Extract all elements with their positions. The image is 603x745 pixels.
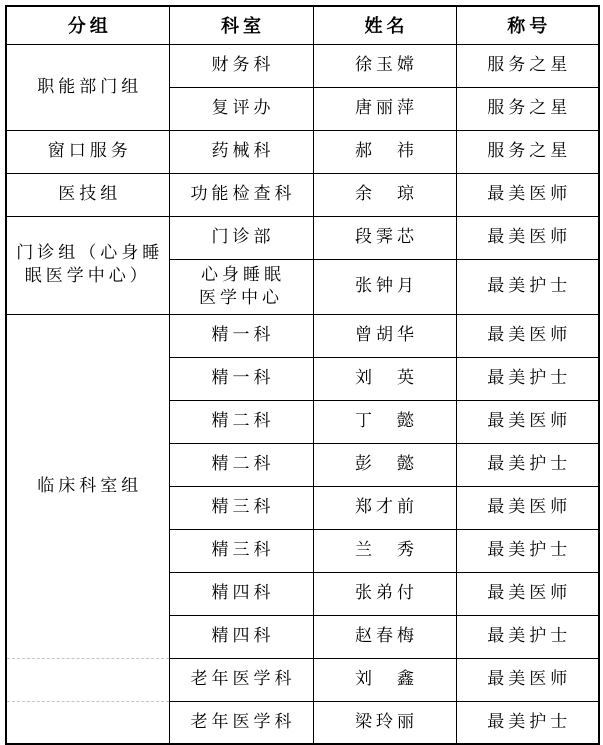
dept-cell: 精二科	[169, 443, 313, 486]
name-cell: 梁玲丽	[313, 701, 456, 744]
table-row: 医技组 功能检查科 余 琼 最美医师	[6, 173, 599, 216]
name-cell: 郑才前	[313, 486, 456, 529]
title-cell: 最美医师	[456, 314, 599, 357]
awards-table: 分组 科室 姓名 称号 职能部门组 财务科 徐玉嫦 服务之星 复评办 唐丽萍 服…	[5, 5, 600, 745]
dept-cell: 药械科	[169, 130, 313, 173]
name-cell: 丁 懿	[313, 400, 456, 443]
dept-cell: 精三科	[169, 529, 313, 572]
header-name: 姓名	[313, 6, 456, 44]
title-cell: 最美医师	[456, 658, 599, 701]
table-row: 窗口服务 药械科 郝 祎 服务之星	[6, 130, 599, 173]
dept-cell: 精四科	[169, 615, 313, 658]
title-cell: 最美医师	[456, 572, 599, 615]
name-cell: 郝 祎	[313, 130, 456, 173]
title-cell: 最美护士	[456, 357, 599, 400]
group-cell: 职能部门组	[6, 44, 169, 130]
dept-cell: 心身睡眠 医学中心	[169, 259, 313, 314]
name-cell: 张弟付	[313, 572, 456, 615]
dept-cell: 精一科	[169, 357, 313, 400]
table-row: 老年医学科 刘 鑫 最美医师	[6, 658, 599, 701]
title-cell: 服务之星	[456, 130, 599, 173]
header-dept: 科室	[169, 6, 313, 44]
name-cell: 兰 秀	[313, 529, 456, 572]
header-row: 分组 科室 姓名 称号	[6, 6, 599, 44]
name-cell: 徐玉嫦	[313, 44, 456, 87]
dept-cell: 老年医学科	[169, 658, 313, 701]
group-cell: 医技组	[6, 173, 169, 216]
name-cell: 张钟月	[313, 259, 456, 314]
document-sheet: 分组 科室 姓名 称号 职能部门组 财务科 徐玉嫦 服务之星 复评办 唐丽萍 服…	[5, 5, 600, 745]
title-cell: 服务之星	[456, 44, 599, 87]
title-cell: 最美护士	[456, 701, 599, 744]
title-cell: 最美护士	[456, 529, 599, 572]
name-cell: 曾胡华	[313, 314, 456, 357]
title-cell: 最美医师	[456, 173, 599, 216]
title-cell: 最美医师	[456, 486, 599, 529]
dept-cell: 老年医学科	[169, 701, 313, 744]
dept-cell: 复评办	[169, 87, 313, 130]
table-row: 门诊组（心身睡 眠医学中心） 门诊部 段霁芯 最美医师	[6, 216, 599, 259]
dept-cell: 精二科	[169, 400, 313, 443]
header-group: 分组	[6, 6, 169, 44]
name-cell: 段霁芯	[313, 216, 456, 259]
name-cell: 唐丽萍	[313, 87, 456, 130]
dept-cell: 精一科	[169, 314, 313, 357]
dept-cell: 财务科	[169, 44, 313, 87]
table-row: 临床科室组 精一科 曾胡华 最美医师	[6, 314, 599, 357]
group-cell: 门诊组（心身睡 眠医学中心）	[6, 216, 169, 314]
name-cell: 刘 鑫	[313, 658, 456, 701]
table-row: 职能部门组 财务科 徐玉嫦 服务之星	[6, 44, 599, 87]
dept-cell: 精三科	[169, 486, 313, 529]
dept-cell: 功能检查科	[169, 173, 313, 216]
group-cell: 窗口服务	[6, 130, 169, 173]
group-cell-empty	[6, 701, 169, 744]
name-cell: 刘 英	[313, 357, 456, 400]
title-cell: 最美医师	[456, 216, 599, 259]
title-cell: 最美护士	[456, 615, 599, 658]
header-title: 称号	[456, 6, 599, 44]
name-cell: 赵春梅	[313, 615, 456, 658]
title-cell: 最美护士	[456, 443, 599, 486]
group-cell-empty	[6, 658, 169, 701]
title-cell: 服务之星	[456, 87, 599, 130]
title-cell: 最美护士	[456, 259, 599, 314]
title-cell: 最美医师	[456, 400, 599, 443]
name-cell: 彭 懿	[313, 443, 456, 486]
name-cell: 余 琼	[313, 173, 456, 216]
table-row: 老年医学科 梁玲丽 最美护士	[6, 701, 599, 744]
dept-cell: 精四科	[169, 572, 313, 615]
dept-cell: 门诊部	[169, 216, 313, 259]
group-cell: 临床科室组	[6, 314, 169, 658]
